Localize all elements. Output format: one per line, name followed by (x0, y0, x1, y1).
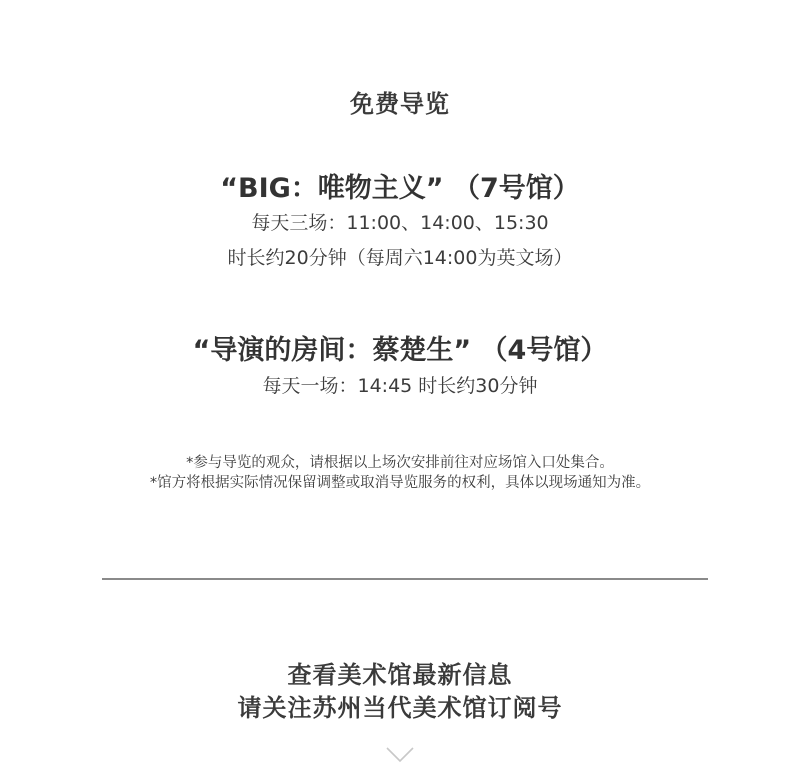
exhibit-schedule: 每天一场：14:45 时长约30分钟 (0, 371, 800, 398)
exhibit-duration: 时长约20分钟（每周六14:00为英文场） (0, 243, 800, 270)
chevron-down-icon[interactable] (386, 746, 414, 764)
cta-line-1: 查看美术馆最新信息 (0, 655, 800, 690)
section-divider (102, 578, 708, 580)
section-title: 免费导览 (0, 84, 800, 119)
exhibit-title-directors-room: “导演的房间：蔡楚生” （4号馆） (0, 328, 800, 367)
exhibit-schedule: 每天三场：11:00、14:00、15:30 (0, 208, 800, 235)
exhibit-title-big-materialism: “BIG：唯物主义” （7号馆） (0, 166, 800, 205)
note-disclaimer: *馆方将根据实际情况保留调整或取消导览服务的权利，具体以现场通知为准。 (0, 471, 800, 492)
note-meeting-point: *参与导览的观众，请根据以上场次安排前往对应场馆入口处集合。 (0, 451, 800, 472)
cta-line-2: 请关注苏州当代美术馆订阅号 (0, 688, 800, 723)
